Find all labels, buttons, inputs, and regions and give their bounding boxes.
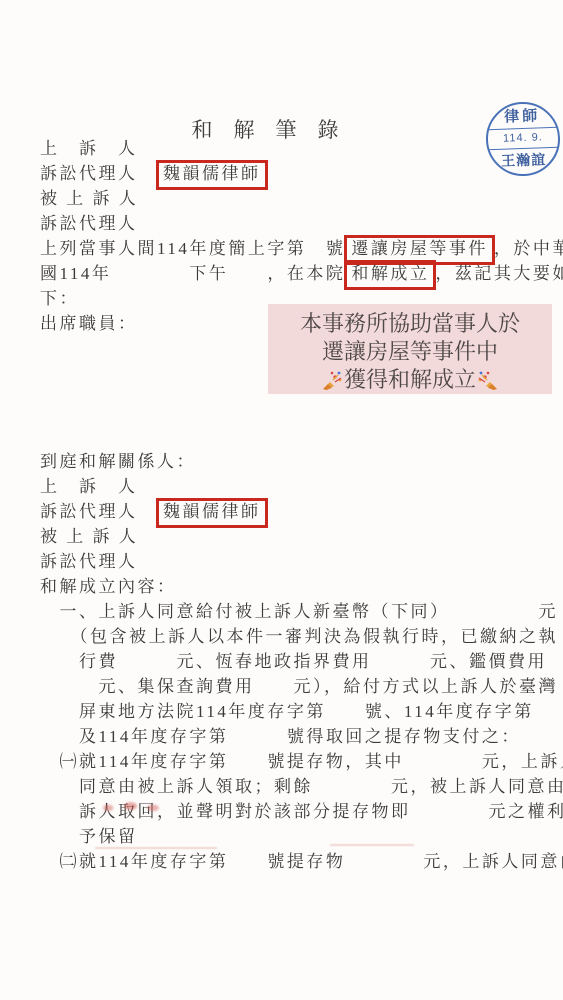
text-line: 元、集保查詢費用 元），給付方式以上訴人於臺灣 — [40, 674, 556, 699]
party-popper-icon — [320, 368, 344, 392]
text-line: 上 訴 人 — [40, 136, 556, 161]
callout-line: 遷讓房屋等事件中 — [268, 338, 552, 366]
text-line: 國114年 下午 ，在本院和解成立，茲記其大要如 — [40, 261, 556, 286]
text-segment: 同意由被上訴人領取；剩餘 元，被上訴人同意由上 — [40, 777, 563, 796]
red-highlight-box: 和解成立 — [344, 260, 436, 290]
text-line: 上列當事人間114年度簡上字第 號遷讓房屋等事件，於中華民 — [40, 236, 556, 261]
text-segment: 到庭和解關係人： — [40, 452, 196, 471]
text-line: 同意由被上訴人領取；剩餘 元，被上訴人同意由上 — [40, 774, 556, 799]
text-segment: 元、集保查詢費用 元），給付方式以上訴人於臺灣 — [40, 677, 558, 696]
text-line: 行費 元、恆春地政指界費用 元、鑑價費用 — [40, 649, 556, 674]
pink-callout-banner: 本事務所協助當事人於 遷讓房屋等事件中 獲得和解成立 — [268, 304, 552, 394]
text-line: 被 上 訴 人 — [40, 524, 556, 549]
text-segment: 和解成立內容： — [40, 577, 177, 596]
text-line: ㈡就114年度存字第 號提存物 元，上訴人同意由 — [40, 849, 556, 874]
text-segment: 下： — [40, 289, 79, 308]
text-segment: 一、上訴人同意給付被上訴人新臺幣（下同） 元 — [40, 602, 558, 621]
callout-line-text: 獲得和解成立 — [344, 367, 476, 392]
text-segment: 國114年 下午 ，在本院 — [40, 264, 345, 283]
text-segment: ，茲記其大要如 — [435, 264, 563, 283]
text-segment: 上 訴 人 — [40, 477, 138, 496]
text-line: 到庭和解關係人： — [40, 449, 556, 474]
text-segment: ，於中華民 — [494, 239, 563, 258]
scan-artifact-line — [330, 844, 414, 846]
text-line: 予保留 — [40, 824, 556, 849]
scanned-settlement-document: 和 解 筆 錄 律師 114. 9. 王瀚誼 上 訴 人訴訟代理人 魏韻儒律師被… — [0, 0, 563, 1000]
text-segment: 行費 元、恆春地政指界費用 元、鑑價費用 — [40, 652, 547, 671]
text-line: 一、上訴人同意給付被上訴人新臺幣（下同） 元 — [40, 599, 556, 624]
text-segment: 屏東地方法院114年度存字第 號、114年度存字第 號 — [40, 702, 563, 721]
text-segment: 被 上 訴 人 — [40, 527, 138, 546]
text-segment: 訴訟代理人 — [40, 214, 138, 233]
text-segment: 上 訴 人 — [40, 139, 138, 158]
red-highlight-box: 魏韻儒律師 — [156, 498, 268, 528]
scan-artifact-line — [95, 847, 217, 849]
text-segment: 及114年度存字第 號得取回之提存物支付之： — [40, 727, 521, 746]
callout-line: 本事務所協助當事人於 — [268, 310, 552, 338]
text-segment: （包含被上訴人以本件一審判決為假執行時，已繳納之執 — [40, 627, 558, 646]
text-line: 及114年度存字第 號得取回之提存物支付之： — [40, 724, 556, 749]
red-highlight-box: 魏韻儒律師 — [156, 160, 268, 190]
text-line: ㈠就114年度存字第 號提存物，其中 元，上訴人 — [40, 749, 556, 774]
text-segment: 被 上 訴 人 — [40, 189, 138, 208]
text-line: 和解成立內容： — [40, 574, 556, 599]
text-line: 被 上 訴 人 — [40, 186, 556, 211]
text-segment: ㈡就114年度存字第 號提存物 元，上訴人同意由 — [40, 852, 563, 871]
stamp-role-text: 律師 — [487, 103, 558, 130]
text-segment: 出席職員： — [40, 314, 138, 333]
text-segment: 上列當事人間114年度簡上字第 號 — [40, 239, 345, 258]
text-line: 訴訟代理人 魏韻儒律師 — [40, 499, 556, 524]
text-segment: 訴訟代理人 — [40, 164, 157, 183]
text-line: 屏東地方法院114年度存字第 號、114年度存字第 號 — [40, 699, 556, 724]
text-line: 訴訟代理人 魏韻儒律師 — [40, 161, 556, 186]
callout-line: 獲得和解成立 — [268, 366, 552, 394]
text-segment: 予保留 — [40, 827, 138, 846]
text-segment: 訴訟代理人 — [40, 502, 157, 521]
text-line: 上 訴 人 — [40, 474, 556, 499]
text-line: 訴訟代理人 — [40, 549, 556, 574]
text-segment: ㈠就114年度存字第 號提存物，其中 元，上訴人 — [40, 752, 563, 771]
text-segment: 訴訟代理人 — [40, 552, 138, 571]
red-watermark-smudge — [100, 798, 168, 816]
text-line: 訴訟代理人 — [40, 211, 556, 236]
text-line: （包含被上訴人以本件一審判決為假執行時，已繳納之執 — [40, 624, 556, 649]
party-popper-icon — [476, 368, 500, 392]
